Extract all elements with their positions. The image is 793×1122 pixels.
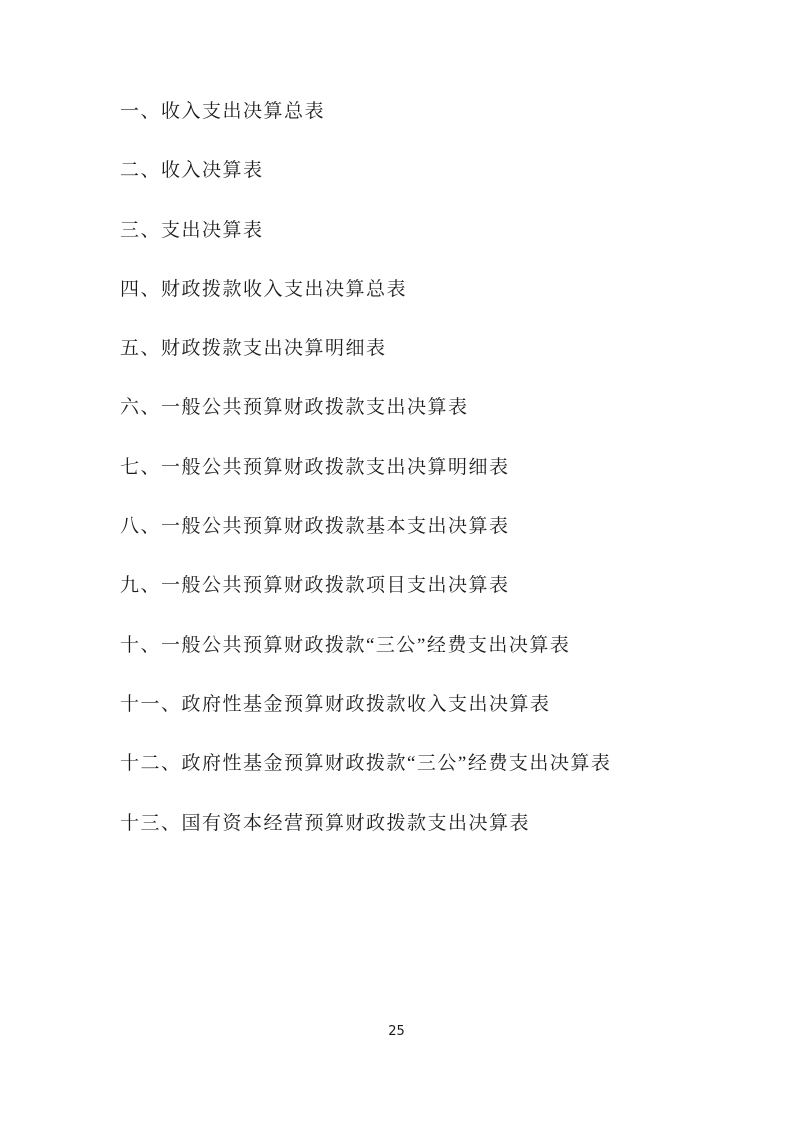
toc-item: 六、一般公共预算财政拨款支出决算表 xyxy=(120,378,733,437)
document-page: 一、收入支出决算总表 二、收入决算表 三、支出决算表 四、财政拨款收入支出决算总… xyxy=(0,0,793,1122)
toc-item: 十二、政府性基金预算财政拨款“三公”经费支出决算表 xyxy=(120,734,733,793)
toc-item: 九、一般公共预算财政拨款项目支出决算表 xyxy=(120,556,733,615)
toc-item: 十、一般公共预算财政拨款“三公”经费支出决算表 xyxy=(120,616,733,675)
page-number: 25 xyxy=(388,1024,405,1039)
toc-item: 三、支出决算表 xyxy=(120,201,733,260)
page-footer: 25 xyxy=(0,1022,793,1040)
toc-item: 十一、政府性基金预算财政拨款收入支出决算表 xyxy=(120,675,733,734)
toc-list: 一、收入支出决算总表 二、收入决算表 三、支出决算表 四、财政拨款收入支出决算总… xyxy=(120,82,733,853)
toc-item: 二、收入决算表 xyxy=(120,141,733,200)
toc-item: 四、财政拨款收入支出决算总表 xyxy=(120,260,733,319)
toc-item: 八、一般公共预算财政拨款基本支出决算表 xyxy=(120,497,733,556)
toc-item: 一、收入支出决算总表 xyxy=(120,82,733,141)
toc-item: 十三、国有资本经营预算财政拨款支出决算表 xyxy=(120,794,733,853)
toc-item: 五、财政拨款支出决算明细表 xyxy=(120,319,733,378)
toc-item: 七、一般公共预算财政拨款支出决算明细表 xyxy=(120,438,733,497)
